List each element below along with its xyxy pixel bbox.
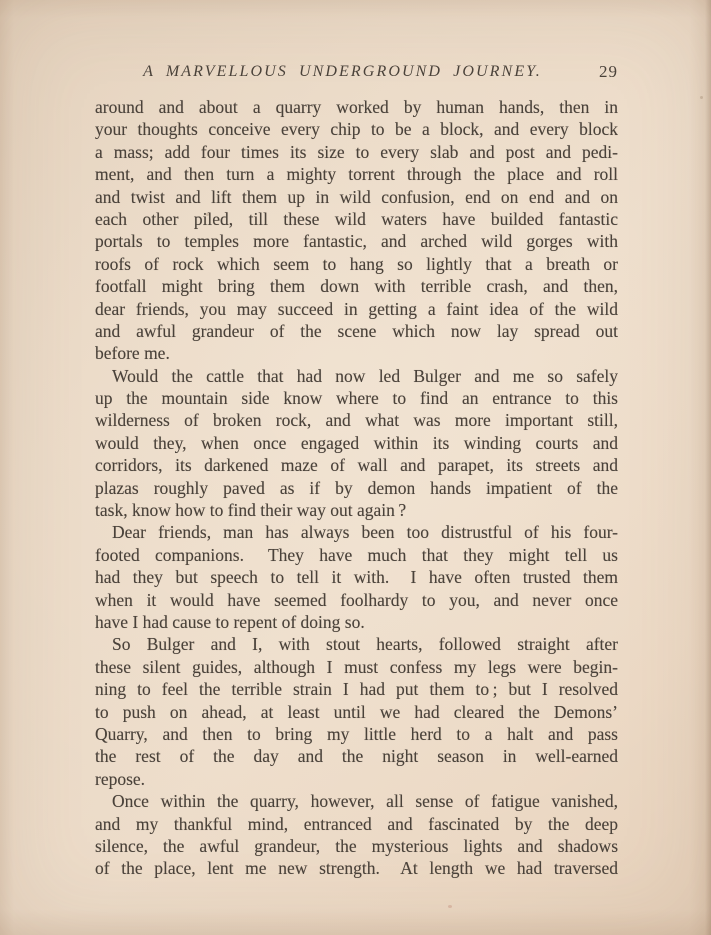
text-line: Once within the quarry, however, all sen… — [95, 790, 618, 812]
text-line: Would the cattle that had now led Bulger… — [95, 365, 618, 387]
text-line: and awful grandeur of the scene which no… — [95, 320, 618, 342]
text-line: had they but speech to tell it with. I h… — [95, 566, 618, 588]
book-page: A MARVELLOUS UNDERGROUND JOURNEY. 29 aro… — [0, 0, 711, 935]
text-line: corridors, its darkened maze of wall and… — [95, 454, 618, 476]
text-line: dear friends, you may succeed in getting… — [95, 298, 618, 320]
text-line: footed companions. They have much that t… — [95, 544, 618, 566]
text-line: and twist and lift them up in wild confu… — [95, 186, 618, 208]
text-line: before me. — [95, 342, 618, 364]
text-line: these silent guides, although I must con… — [95, 656, 618, 678]
text-line: plazas roughly paved as if by demon hand… — [95, 477, 618, 499]
text-line: Dear friends, man has always been too di… — [95, 521, 618, 543]
text-line: each other piled, till these wild waters… — [95, 208, 618, 230]
paper-speck — [448, 905, 452, 908]
text-line: ment, and then turn a mighty torrent thr… — [95, 163, 618, 185]
text-line: up the mountain side know where to find … — [95, 387, 618, 409]
text-line: Quarry, and then to bring my little herd… — [95, 723, 618, 745]
text-line: your thoughts conceive every chip to be … — [95, 118, 618, 140]
text-line: ning to feel the terrible strain I had p… — [95, 678, 618, 700]
text-line: silence, the awful grandeur, the mysteri… — [95, 835, 618, 857]
text-line: a mass; add four times its size to every… — [95, 141, 618, 163]
text-line: would they, when once engaged within its… — [95, 432, 618, 454]
paper-speck — [700, 96, 703, 99]
text-line: when it would have seemed foolhardy to y… — [95, 589, 618, 611]
text-line: task, know how to find their way out aga… — [95, 499, 618, 521]
paragraph-2: Would the cattle that had now led Bulger… — [95, 365, 618, 522]
text-line: to push on ahead, at least until we had … — [95, 701, 618, 723]
text-line: around and about a quarry worked by huma… — [95, 96, 618, 118]
page-body: around and about a quarry worked by huma… — [95, 96, 618, 880]
paragraph-1: around and about a quarry worked by huma… — [95, 96, 618, 365]
text-line: portals to temples more fantastic, and a… — [95, 230, 618, 252]
text-line: roofs of rock which seem to hang so ligh… — [95, 253, 618, 275]
text-line: So Bulger and I, with stout hearts, foll… — [95, 633, 618, 655]
paragraph-4: So Bulger and I, with stout hearts, foll… — [95, 633, 618, 790]
running-header-title: A MARVELLOUS UNDERGROUND JOURNEY. — [95, 61, 618, 83]
page-number: 29 — [599, 61, 618, 83]
running-header: A MARVELLOUS UNDERGROUND JOURNEY. 29 — [95, 61, 618, 83]
paragraph-5: Once within the quarry, however, all sen… — [95, 790, 618, 880]
text-line: wilderness of broken rock, and what was … — [95, 409, 618, 431]
paragraph-3: Dear friends, man has always been too di… — [95, 521, 618, 633]
text-line: footfall might bring them down with terr… — [95, 275, 618, 297]
text-line: and my thankful mind, entranced and fasc… — [95, 813, 618, 835]
text-line: the rest of the day and the night season… — [95, 745, 618, 767]
text-line: repose. — [95, 768, 618, 790]
text-line: of the place, lent me new strength. At l… — [95, 857, 618, 879]
text-line: have I had cause to repent of doing so. — [95, 611, 618, 633]
